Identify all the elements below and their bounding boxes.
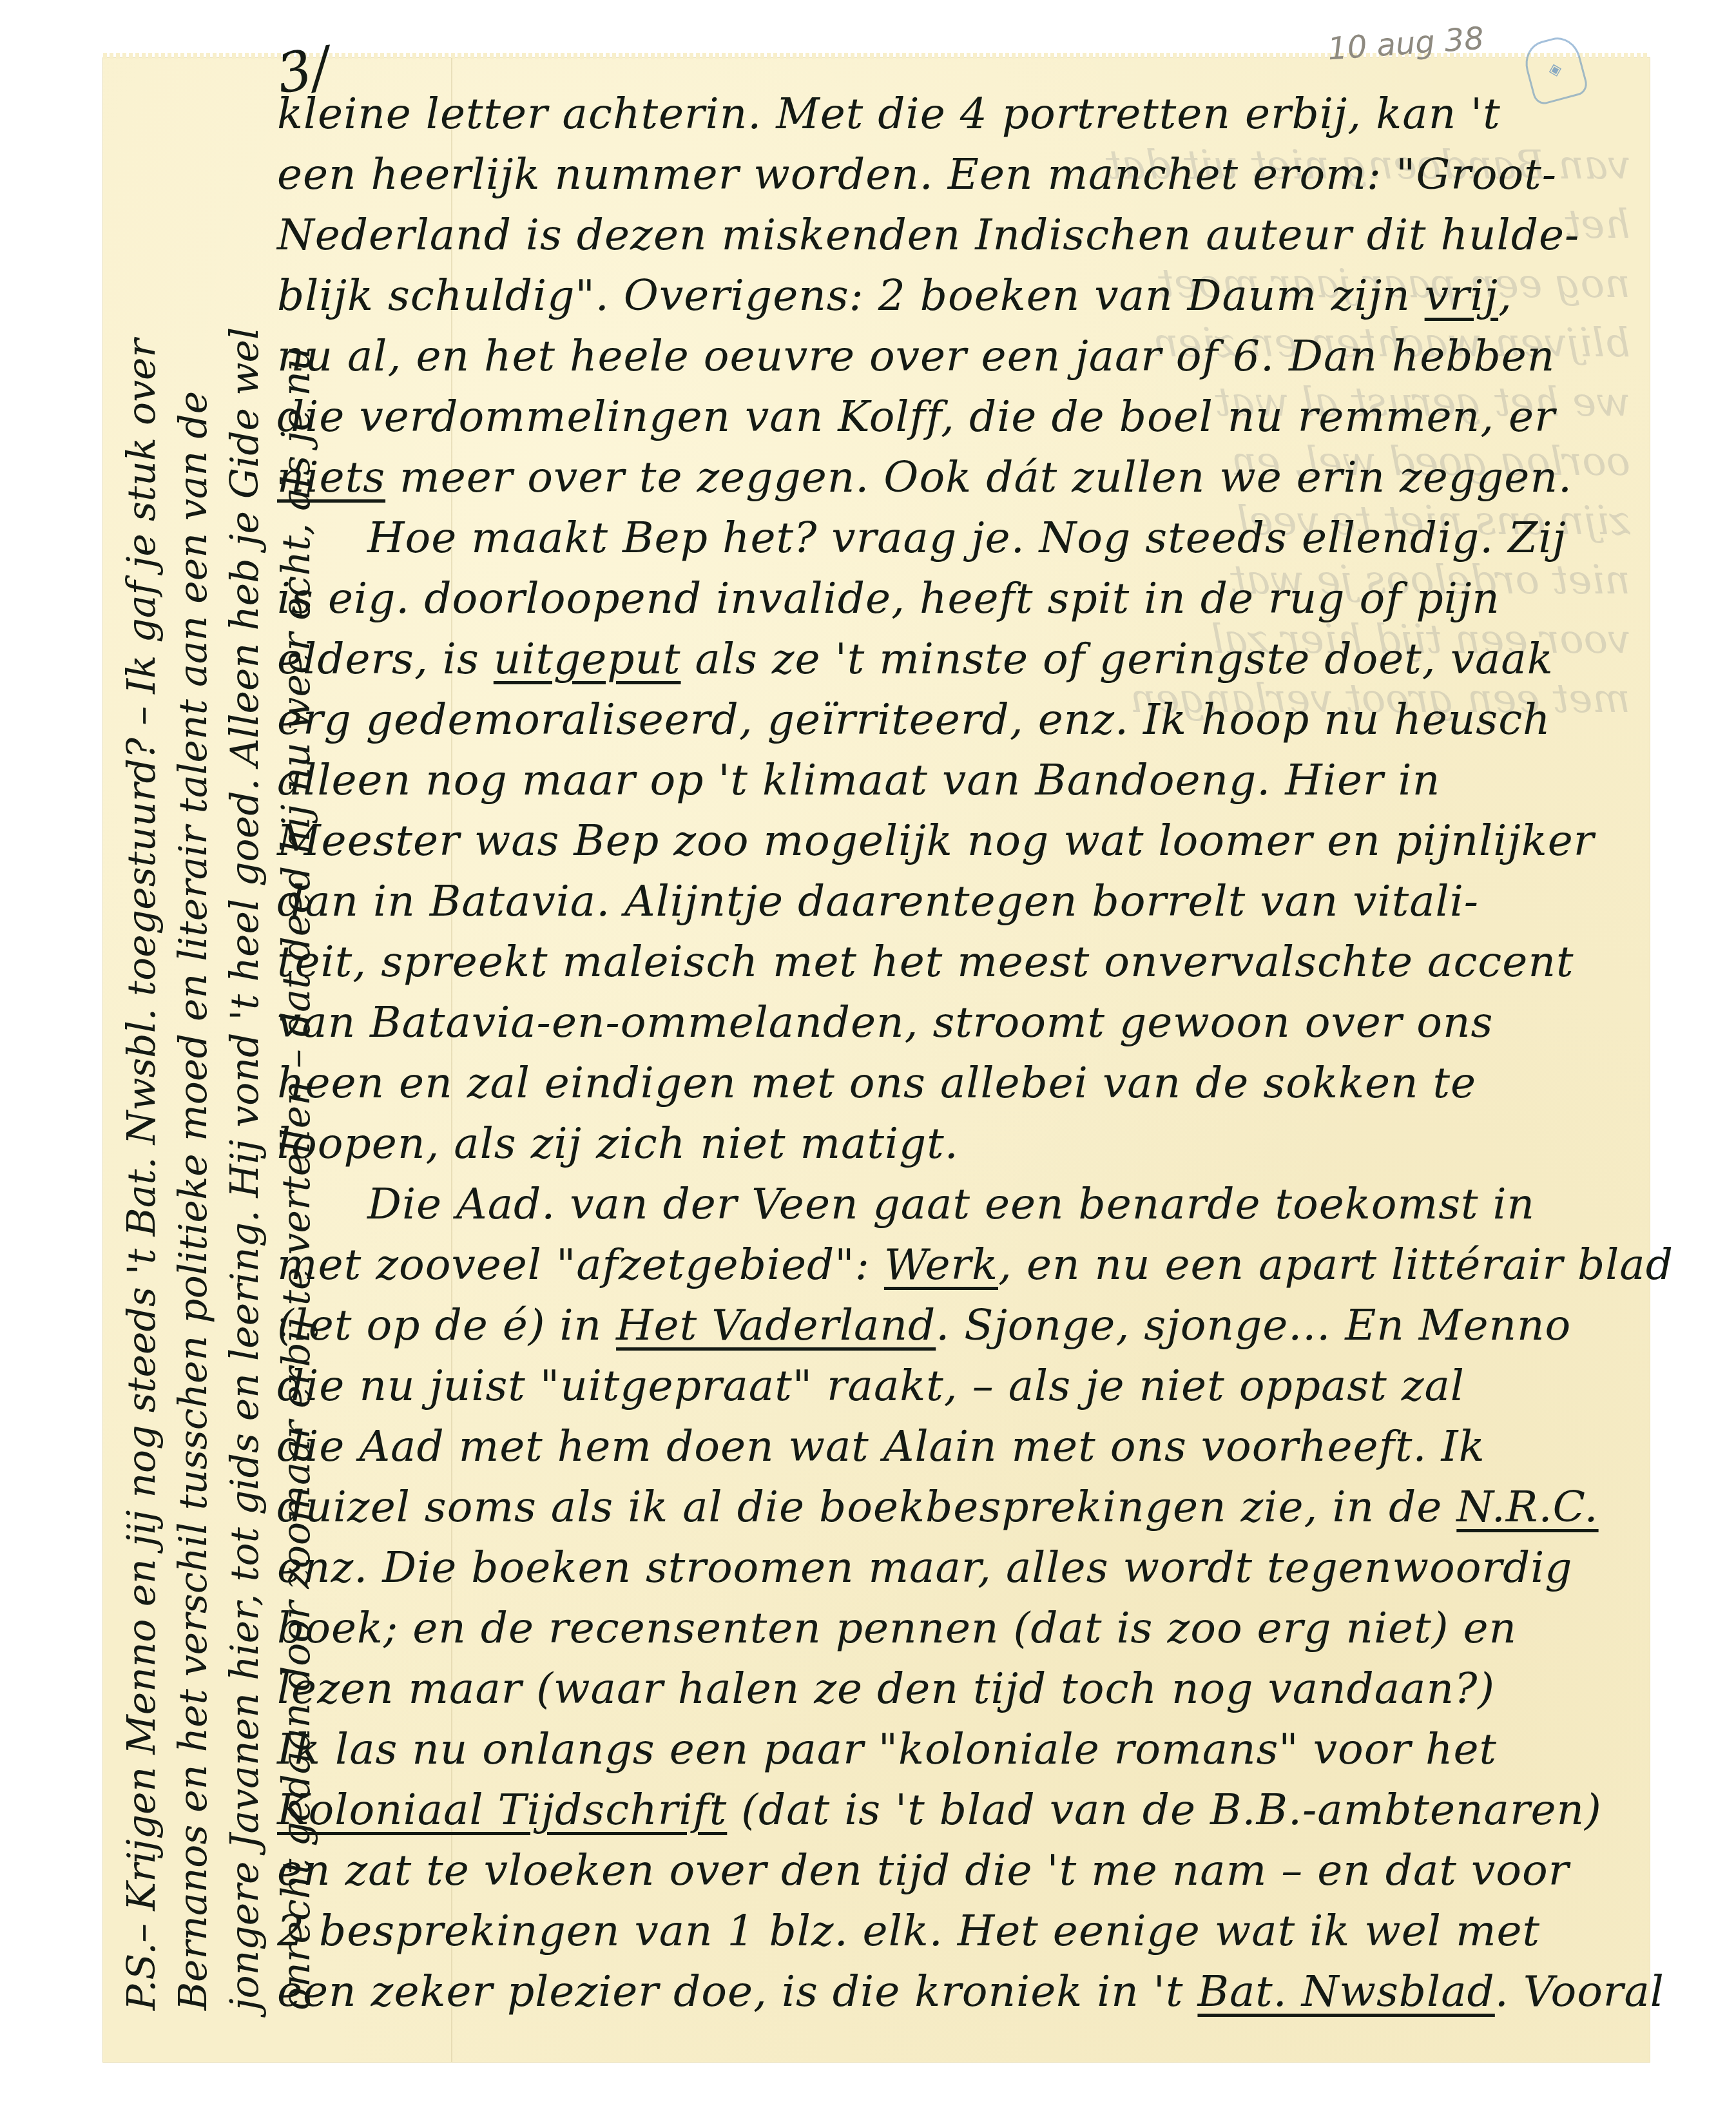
text-line: heen en zal eindigen met ons allebei van… bbox=[277, 1053, 1534, 1113]
text-line: boek; en de recensenten pennen (dat is z… bbox=[277, 1598, 1534, 1659]
text-line: 2 besprekingen van 1 blz. elk. Het eenig… bbox=[277, 1901, 1534, 1961]
text-line: loopen, als zij zich niet matigt. bbox=[277, 1113, 1534, 1174]
text-line: Koloniaal Tijdschrift (dat is 't blad va… bbox=[277, 1780, 1534, 1840]
paragraph-start-line: Hoe maakt Bep het? vraag je. Nog steeds … bbox=[277, 508, 1534, 568]
text-line: met zooveel "afzetgebied": Werk, en nu e… bbox=[277, 1235, 1534, 1295]
text-line: van Batavia-en-ommelanden, stroomt gewoo… bbox=[277, 992, 1534, 1053]
text-line: alleen nog maar op 't klimaat van Bandoe… bbox=[277, 750, 1534, 811]
text-line: niets meer over te zeggen. Ook dát zulle… bbox=[277, 447, 1534, 508]
postscript-line: jongere Javanen hier, tot gids en leerin… bbox=[219, 90, 271, 2010]
postscript-line: Bernanos en het verschil tusschen politi… bbox=[168, 90, 219, 2010]
postscript-line: P.S.– Krijgen Menno en jij nog steeds 't… bbox=[116, 90, 168, 2010]
text-line: (let op de é) in Het Vaderland. Sjonge, … bbox=[277, 1295, 1534, 1356]
text-line: die verdommelingen van Kolff, die de boe… bbox=[277, 387, 1534, 447]
text-line: enz. Die boeken stroomen maar, alles wor… bbox=[277, 1537, 1534, 1598]
text-line: dan in Batavia. Alijntje daarentegen bor… bbox=[277, 871, 1534, 932]
text-line: Nederland is dezen miskenden Indischen a… bbox=[277, 205, 1534, 265]
text-line: een zeker plezier doe, is die kroniek in… bbox=[277, 1961, 1534, 2022]
text-line: en zat te vloeken over den tijd die 't m… bbox=[277, 1840, 1534, 1901]
letter-body: kleine letter achterin. Met die 4 portre… bbox=[277, 84, 1534, 2022]
text-line: die Aad met hem doen wat Alain met ons v… bbox=[277, 1416, 1534, 1477]
paragraph-start-line: Die Aad. van der Veen gaat een benarde t… bbox=[277, 1174, 1534, 1235]
text-line: lezen maar (waar halen ze den tijd toch … bbox=[277, 1659, 1534, 1719]
text-line: die nu juist "uitgepraat" raakt, – als j… bbox=[277, 1356, 1534, 1416]
text-line: blijk schuldig". Overigens: 2 boeken van… bbox=[277, 265, 1534, 326]
text-line: nu al, en het heele oeuvre over een jaar… bbox=[277, 326, 1534, 387]
text-line: elders, is uitgeput als ze 't minste of … bbox=[277, 629, 1534, 689]
text-line: duizel soms als ik al die boekbespreking… bbox=[277, 1477, 1534, 1537]
text-line: een heerlijk nummer worden. Een manchet … bbox=[277, 144, 1534, 205]
text-line: is eig. doorloopend invalide, heeft spit… bbox=[277, 568, 1534, 629]
text-line: teit, spreekt maleisch met het meest onv… bbox=[277, 932, 1534, 992]
text-line: Ik las nu onlangs een paar "koloniale ro… bbox=[277, 1719, 1534, 1780]
text-line: Meester was Bep zoo mogelijk nog wat loo… bbox=[277, 811, 1534, 871]
text-line: kleine letter achterin. Met die 4 portre… bbox=[277, 84, 1534, 144]
postscript-line: onrecht gedaan door zoomaar erbij te ver… bbox=[271, 90, 322, 2010]
text-line: erg gedemoraliseerd, geïrriteerd, enz. I… bbox=[277, 689, 1534, 750]
margin-postscript: P.S.– Krijgen Menno en jij nog steeds 't… bbox=[116, 90, 322, 2010]
